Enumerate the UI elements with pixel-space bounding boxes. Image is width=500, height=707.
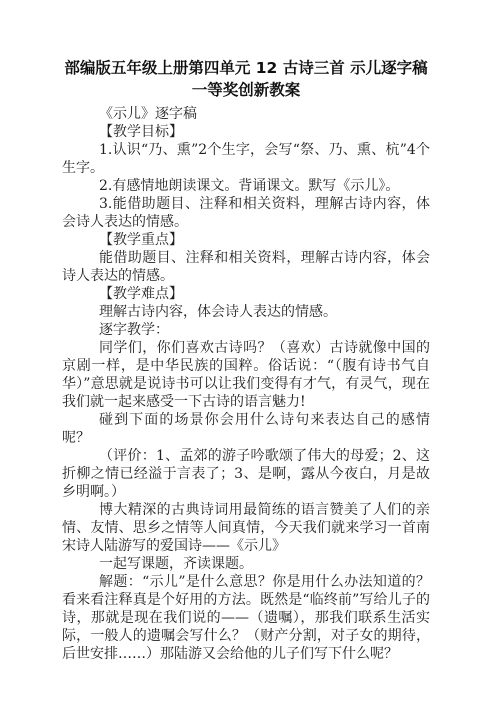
paragraph-objective-1: 1.认识“乃、熏”2个生字，会写“祭、乃、熏、杭”4个生字。 xyxy=(62,141,430,177)
paragraph-objective-3: 3.能借助题目、注释和相关资料，理解古诗内容，体会诗人表达的情感。 xyxy=(62,195,430,231)
paragraph-heading-key-points: 【教学重点】 xyxy=(62,231,430,249)
paragraph-evaluation: （评价：1、孟郊的游子吟歌颂了伟大的母爱；2、这折柳之情已经溢于言表了；3、是啊… xyxy=(62,447,430,501)
paragraph-subtitle: 《示儿》逐字稿 xyxy=(62,105,430,123)
paragraph-transition: 博大精深的古典诗词用最简练的语言赞美了人们的亲情、友情、思乡之情等人间真情，今天… xyxy=(62,501,430,555)
paragraph-topic-analysis: 解题：“示儿”是什么意思？你是用什么办法知道的？看来看注释真是个好用的方法。既然… xyxy=(62,573,430,663)
document-title-line2: 一等奖创新教案 xyxy=(62,79,430,101)
paragraph-objective-2: 2.有感情地朗读课文。背诵课文。默写《示儿》。 xyxy=(62,177,430,195)
document-title-line1: 部编版五年级上册第四单元 12 古诗三首 示儿逐字稿 xyxy=(62,57,430,79)
paragraph-lesson-label: 逐字教学： xyxy=(62,321,430,339)
document-page: 部编版五年级上册第四单元 12 古诗三首 示儿逐字稿 一等奖创新教案 《示儿》逐… xyxy=(0,0,500,707)
paragraph-heading-difficulties: 【教学难点】 xyxy=(62,285,430,303)
paragraph-intro: 同学们，你们喜欢古诗吗？（喜欢）古诗就像中国的京剧一样，是中华民族的国粹。俗话说… xyxy=(62,339,430,411)
paragraph-difficulties: 理解古诗内容，体会诗人表达的情感。 xyxy=(62,303,430,321)
document-body: 《示儿》逐字稿 【教学目标】 1.认识“乃、熏”2个生字，会写“祭、乃、熏、杭”… xyxy=(62,105,430,663)
document-title: 部编版五年级上册第四单元 12 古诗三首 示儿逐字稿 一等奖创新教案 xyxy=(62,57,430,101)
paragraph-key-points: 能借助题目、注释和相关资料，理解古诗内容，体会诗人表达的情感。 xyxy=(62,249,430,285)
paragraph-write-topic: 一起写课题，齐读课题。 xyxy=(62,555,430,573)
paragraph-question: 碰到下面的场景你会用什么诗句来表达自己的感情呢？ xyxy=(62,411,430,447)
paragraph-heading-objectives: 【教学目标】 xyxy=(62,123,430,141)
